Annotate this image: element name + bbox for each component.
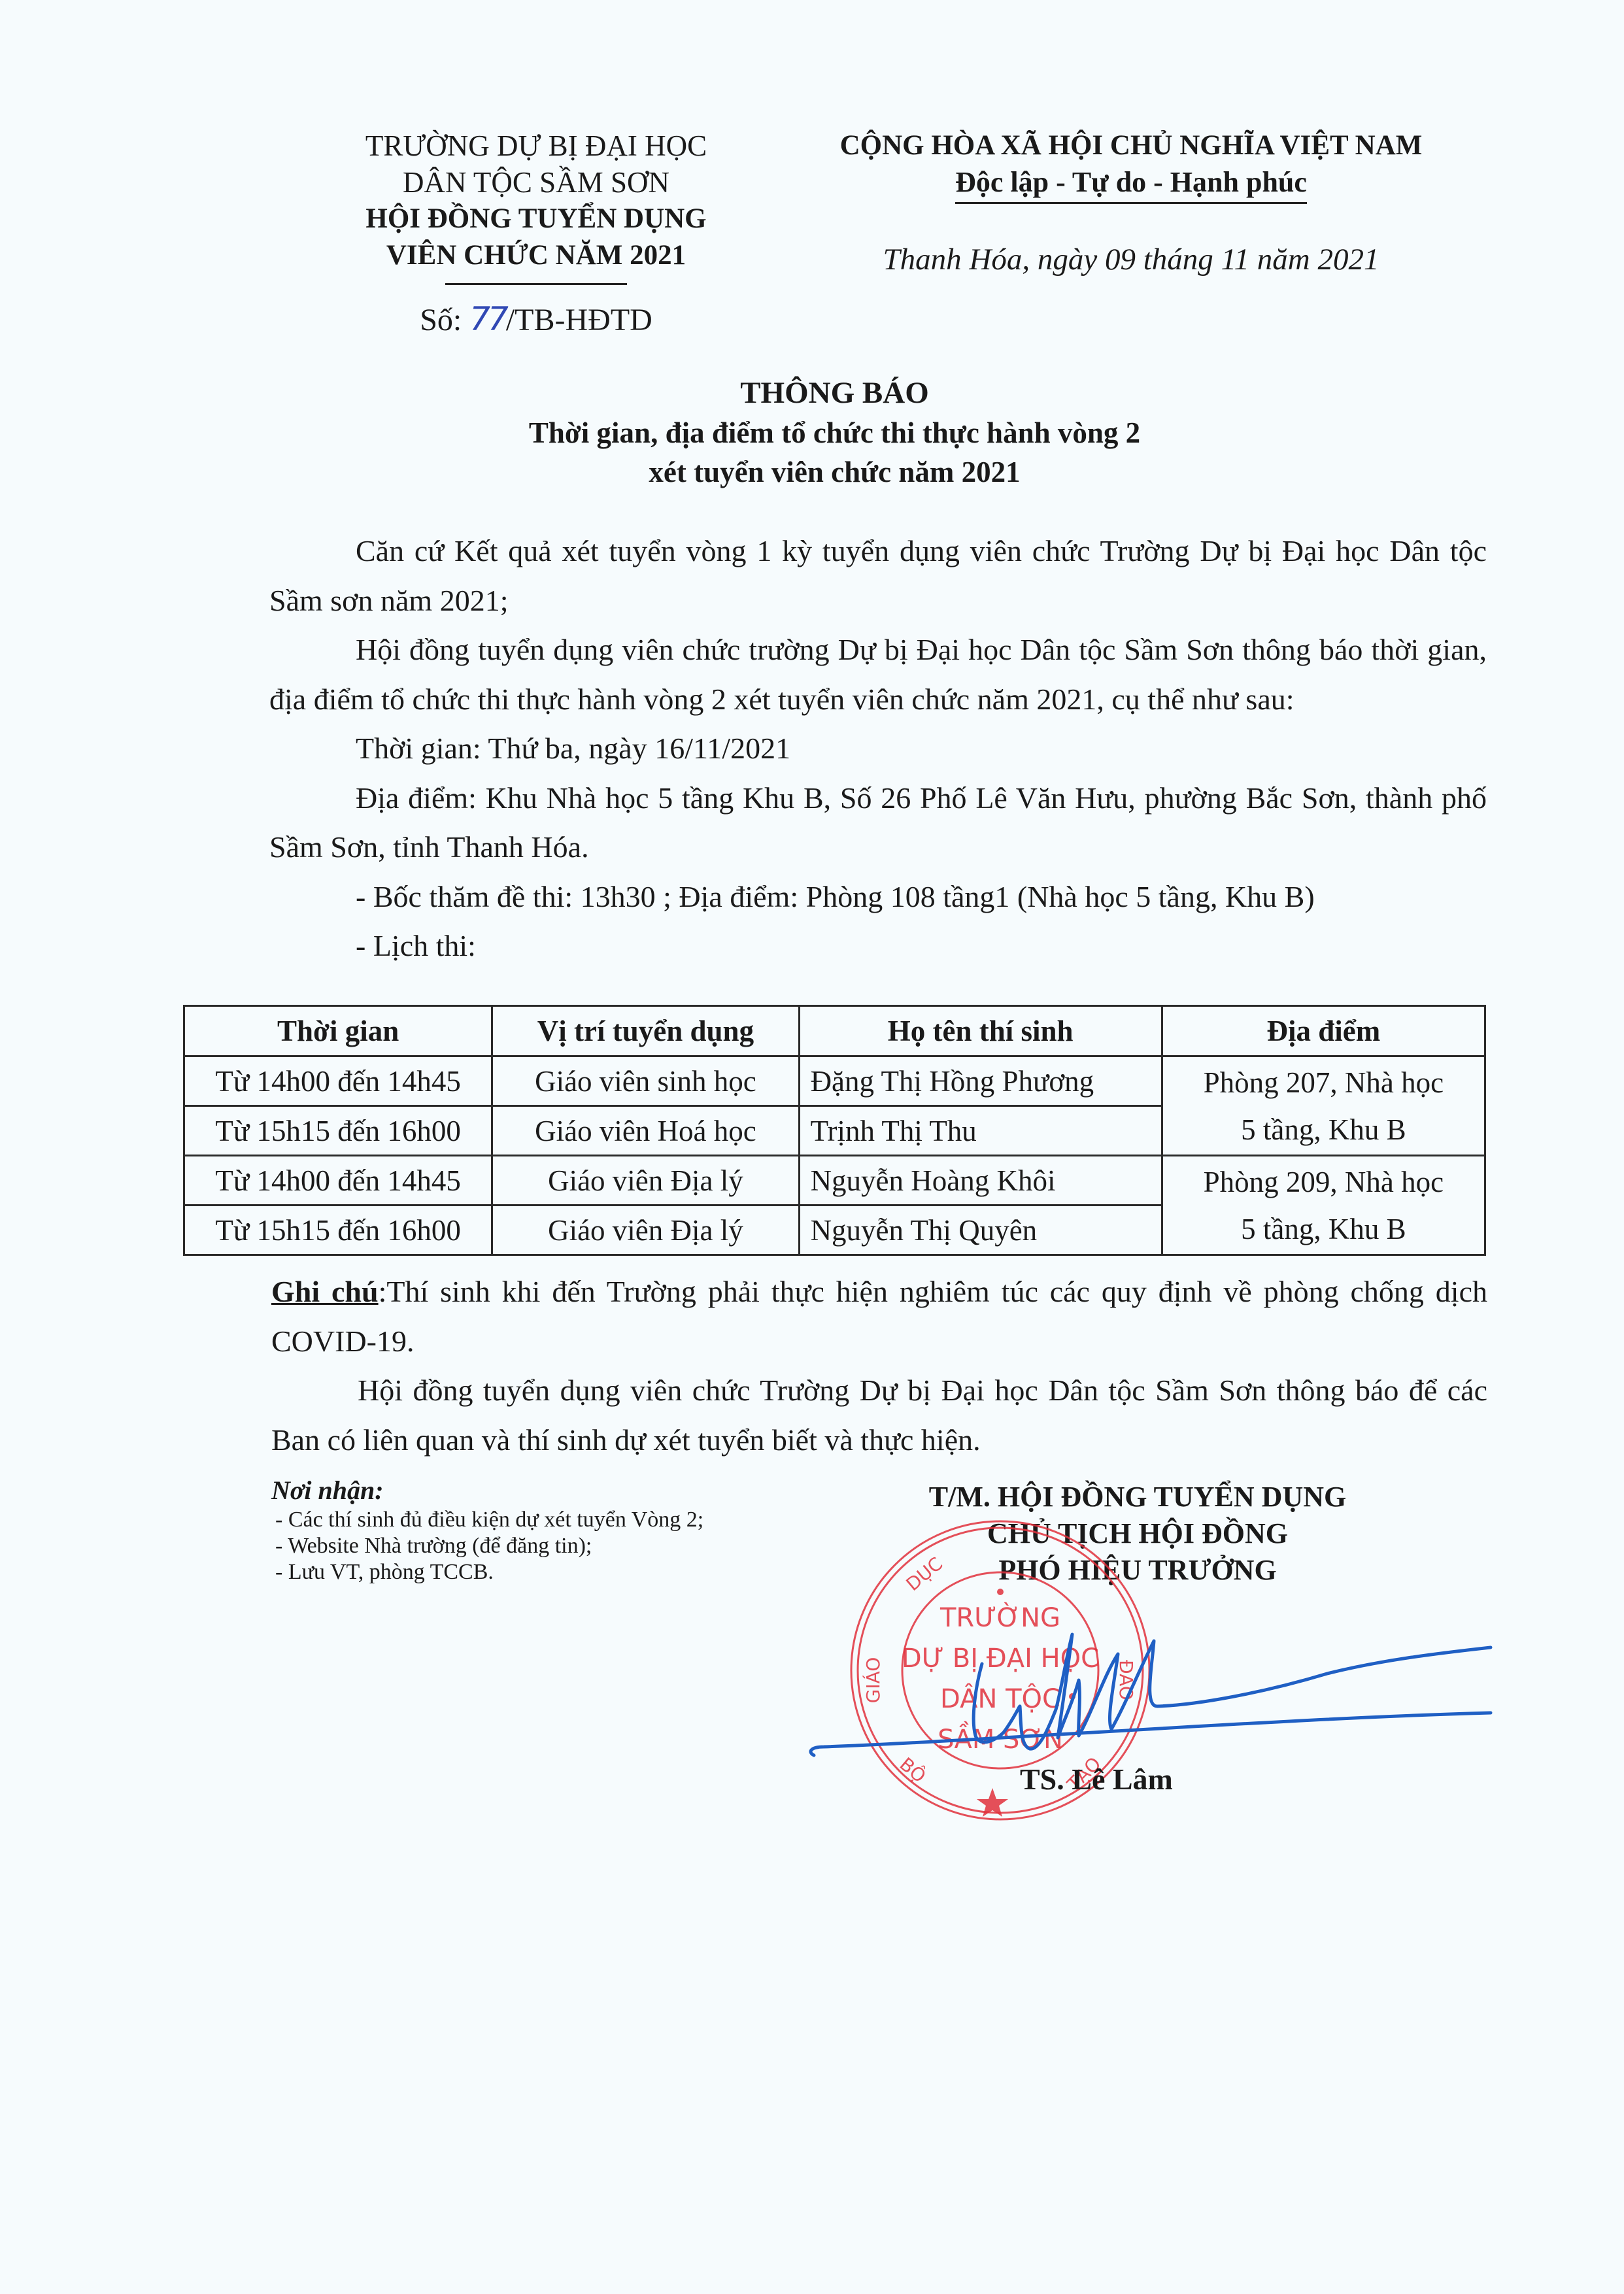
issuer-council-line2: VIÊN CHỨC NĂM 2021 — [288, 237, 785, 274]
recipients-heading: Nơi nhận: — [271, 1474, 834, 1507]
svg-text:DỰ BỊ ĐẠI HỌC: DỰ BỊ ĐẠI HỌC — [902, 1644, 1099, 1674]
cell-candidate: Đặng Thị Hồng Phương — [799, 1056, 1162, 1106]
svg-text:GIÁO: GIÁO — [862, 1657, 884, 1704]
closing-paragraph: Hội đồng tuyển dụng viên chức Trường Dự … — [271, 1366, 1487, 1464]
table-header-row: Thời gian Vị trí tuyển dụng Họ tên thí s… — [184, 1006, 1485, 1056]
svg-text:ĐÀO: ĐÀO — [1115, 1660, 1138, 1700]
svg-text:TRƯỜNG: TRƯỜNG — [939, 1602, 1060, 1633]
note-section: Ghi chú:Thí sinh khi đến Trường phải thự… — [271, 1267, 1487, 1464]
cell-position: Giáo viên sinh học — [492, 1056, 799, 1106]
col-header-time: Thời gian — [184, 1006, 492, 1056]
schedule-label: - Lịch thi: — [269, 921, 1487, 971]
signer-name: TS. Lê Lâm — [1020, 1762, 1173, 1796]
note-text: :Thí sinh khi đến Trường phải thực hiện … — [271, 1275, 1487, 1358]
issuer-divider — [445, 283, 627, 285]
cell-location: Phòng 209, Nhà học 5 tầng, Khu B — [1162, 1156, 1485, 1255]
document-subject-line1: Thời gian, địa điểm tổ chức thi thực hàn… — [183, 413, 1486, 452]
col-header-position: Vị trí tuyển dụng — [492, 1006, 799, 1056]
cell-location: Phòng 207, Nhà học 5 tầng, Khu B — [1162, 1056, 1485, 1156]
cell-position: Giáo viên Hoá học — [492, 1106, 799, 1156]
svg-text:BỘ: BỘ — [896, 1753, 930, 1787]
col-header-location: Địa điểm — [1162, 1006, 1485, 1056]
document-title: THÔNG BÁO Thời gian, địa điểm tổ chức th… — [183, 373, 1486, 492]
note: Ghi chú:Thí sinh khi đến Trường phải thự… — [271, 1267, 1487, 1366]
paragraph-announcement: Hội đồng tuyển dụng viên chức trường Dự … — [269, 625, 1487, 724]
cell-time: Từ 14h00 đến 14h45 — [184, 1056, 492, 1106]
svg-text:SẦM SƠN: SẦM SƠN — [938, 1721, 1063, 1755]
location-line2: 5 tầng, Khu B — [1172, 1206, 1475, 1253]
recipient-item: - Các thí sinh đủ điều kiện dự xét tuyển… — [271, 1507, 834, 1533]
signature-block: T/M. HỘI ĐỒNG TUYỂN DỤNG CHỦ TỊCH HỘI ĐỒ… — [811, 1479, 1464, 1589]
note-label: Ghi chú — [271, 1275, 379, 1308]
signer-on-behalf: T/M. HỘI ĐỒNG TUYỂN DỤNG — [811, 1479, 1464, 1515]
draw-info: - Bốc thăm đề thi: 13h30 ; Địa điểm: Phò… — [269, 872, 1487, 922]
cell-time: Từ 15h15 đến 16h00 — [184, 1206, 492, 1255]
document-type: THÔNG BÁO — [183, 373, 1486, 413]
cell-time: Từ 15h15 đến 16h00 — [184, 1106, 492, 1156]
location-line1: Phòng 207, Nhà học — [1172, 1059, 1475, 1106]
place-date: Thanh Hóa, ngày 09 tháng 11 năm 2021 — [788, 240, 1474, 279]
document-number-handwritten: 77 — [469, 300, 506, 338]
location-line2: 5 tầng, Khu B — [1172, 1106, 1475, 1153]
cell-time: Từ 14h00 đến 14h45 — [184, 1156, 492, 1206]
svg-text:DÂN TỘC: DÂN TỘC — [940, 1683, 1060, 1714]
document-number-prefix: Số: — [420, 303, 469, 337]
cell-candidate: Nguyễn Thị Quyên — [799, 1206, 1162, 1255]
issuer-block: TRƯỜNG DỰ BỊ ĐẠI HỌC DÂN TỘC SẦM SƠN HỘI… — [288, 127, 785, 340]
cell-position: Giáo viên Địa lý — [492, 1206, 799, 1255]
exam-time: Thời gian: Thứ ba, ngày 16/11/2021 — [269, 724, 1487, 773]
body-text: Căn cứ Kết quả xét tuyển vòng 1 kỳ tuyển… — [269, 526, 1487, 971]
exam-schedule-table: Thời gian Vị trí tuyển dụng Họ tên thí s… — [183, 1005, 1486, 1256]
paragraph-basis: Căn cứ Kết quả xét tuyển vòng 1 kỳ tuyển… — [269, 526, 1487, 625]
national-header: CỘNG HÒA XÃ HỘI CHỦ NGHĨA VIỆT NAM Độc l… — [788, 127, 1474, 279]
handwritten-signature-icon — [804, 1595, 1497, 1785]
exam-location: Địa điểm: Khu Nhà học 5 tầng Khu B, Số 2… — [269, 773, 1487, 872]
document-subject-line2: xét tuyển viên chức năm 2021 — [183, 452, 1486, 492]
location-line1: Phòng 209, Nhà học — [1172, 1158, 1475, 1206]
cell-candidate: Nguyễn Hoàng Khôi — [799, 1156, 1162, 1206]
cell-candidate: Trịnh Thị Thu — [799, 1106, 1162, 1156]
table-row: Từ 14h00 đến 14h45 Giáo viên sinh học Đặ… — [184, 1056, 1485, 1106]
issuer-school-line1: TRƯỜNG DỰ BỊ ĐẠI HỌC — [288, 127, 785, 164]
col-header-candidate: Họ tên thí sinh — [799, 1006, 1162, 1056]
document-number-suffix: /TB-HĐTD — [506, 303, 652, 337]
recipients-block: Nơi nhận: - Các thí sinh đủ điều kiện dự… — [271, 1474, 834, 1585]
national-motto: Độc lập - Tự do - Hạnh phúc — [955, 164, 1307, 204]
table-row: Từ 14h00 đến 14h45 Giáo viên Địa lý Nguy… — [184, 1156, 1485, 1206]
document-number: Số: 77/TB-HĐTD — [288, 299, 785, 340]
issuer-council-line1: HỘI ĐỒNG TUYỂN DỤNG — [288, 201, 785, 237]
signer-role1: CHỦ TỊCH HỘI ĐỒNG — [811, 1515, 1464, 1552]
nation-title: CỘNG HÒA XÃ HỘI CHỦ NGHĨA VIỆT NAM — [788, 127, 1474, 164]
recipient-item: - Lưu VT, phòng TCCB. — [271, 1559, 834, 1585]
signer-role2: PHÓ HIỆU TRƯỞNG — [811, 1552, 1464, 1589]
recipient-item: - Website Nhà trường (để đăng tin); — [271, 1533, 834, 1559]
cell-position: Giáo viên Địa lý — [492, 1156, 799, 1206]
issuer-school-line2: DÂN TỘC SẦM SƠN — [288, 164, 785, 201]
